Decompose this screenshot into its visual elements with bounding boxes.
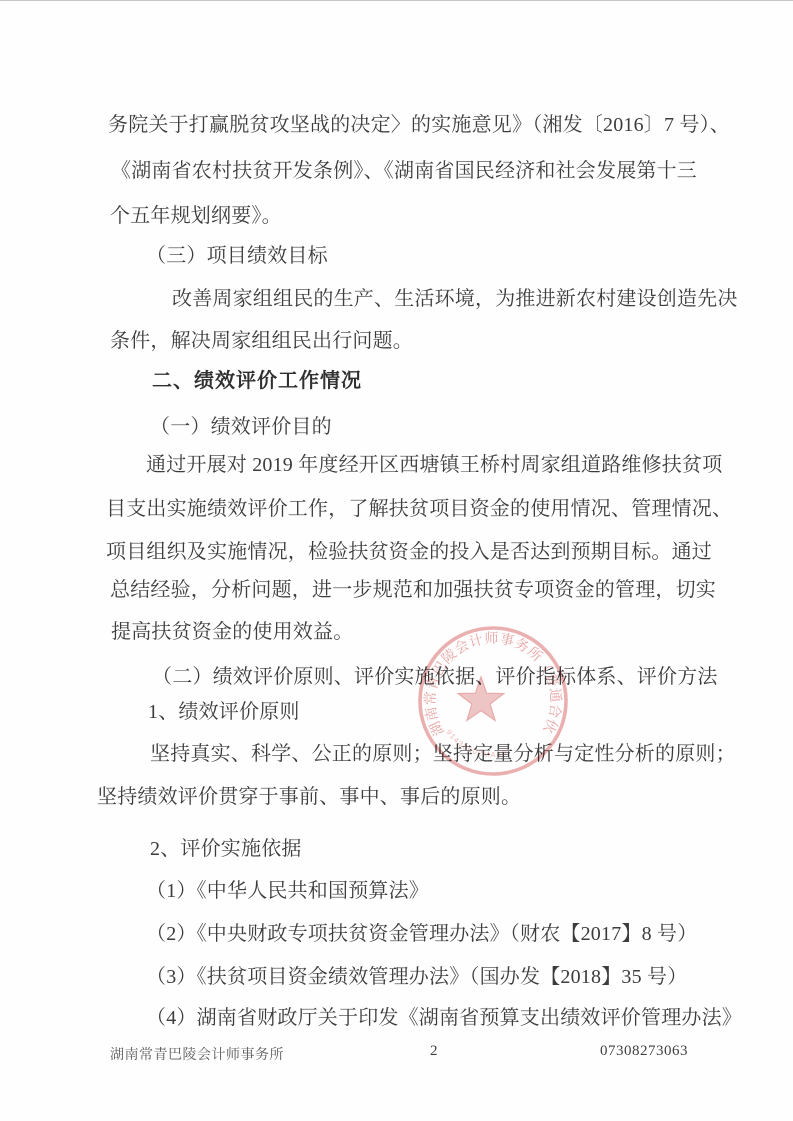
- section-heading: （三）项目绩效目标: [146, 243, 328, 269]
- list-item: （2）《中央财政专项扶贫资金管理办法》（财农【2017】8 号）: [146, 921, 697, 947]
- body-line: 总结经验，分析问题，进一步规范和加强扶贫专项资金的管理，切实: [110, 577, 716, 603]
- body-line: 个五年规划纲要》。: [110, 203, 282, 229]
- scan-edge: [0, 0, 793, 1]
- list-item: （3）《扶贫项目资金绩效管理办法》（国办发【2018】35 号）: [146, 964, 687, 990]
- section-heading: 二、绩效评价工作情况: [152, 368, 362, 394]
- body-line: 条件，解决周家组组民出行问题。: [110, 328, 413, 354]
- section-heading: （二）绩效评价原则、评价实施依据、评价指标体系、评价方法: [152, 664, 718, 690]
- section-heading: （一）绩效评价目的: [150, 414, 332, 440]
- body-line: 务院关于打赢脱贫攻坚战的决定〉的实施意见》（湘发〔2016〕7 号）、: [108, 112, 730, 138]
- page-number: 2: [430, 1043, 438, 1060]
- body-line: 坚持绩效评价贯穿于事前、事中、事后的原则。: [97, 784, 521, 810]
- body-line: 提高扶贫资金的使用效益。: [111, 619, 353, 645]
- body-line: 坚持真实、科学、公正的原则；坚持定量分析与定性分析的原则；: [150, 741, 736, 767]
- section-heading: 2、评价实施依据: [150, 836, 302, 862]
- list-item: （1）《中华人民共和国预算法》: [146, 878, 429, 904]
- body-line: 目支出实施绩效评价工作，了解扶贫项目资金的使用情况、管理情况、: [106, 496, 732, 522]
- footer-phone: 07308273063: [600, 1043, 688, 1060]
- body-line: 《湖南省农村扶贫开发条例》、《湖南省国民经济和社会发展第十三: [111, 158, 697, 184]
- body-line: 通过开展对 2019 年度经开区西塘镇王桥村周家组道路维修扶贫项: [146, 452, 722, 478]
- section-heading: 1、绩效评价原则: [148, 699, 300, 725]
- document-page: 务院关于打赢脱贫攻坚战的决定〉的实施意见》（湘发〔2016〕7 号）、 《湖南省…: [0, 0, 793, 1121]
- list-item: （4）湖南省财政厅关于印发《湖南省预算支出绩效评价管理办法》: [146, 1005, 742, 1031]
- body-line: 项目组织及实施情况，检验扶贫资金的投入是否达到预期目标。通过: [106, 539, 712, 565]
- footer-firm-name: 湖南常青巴陵会计师事务所: [110, 1044, 284, 1064]
- body-line: 改善周家组组民的生产、生活环境，为推进新农村建设创造先决: [172, 286, 738, 312]
